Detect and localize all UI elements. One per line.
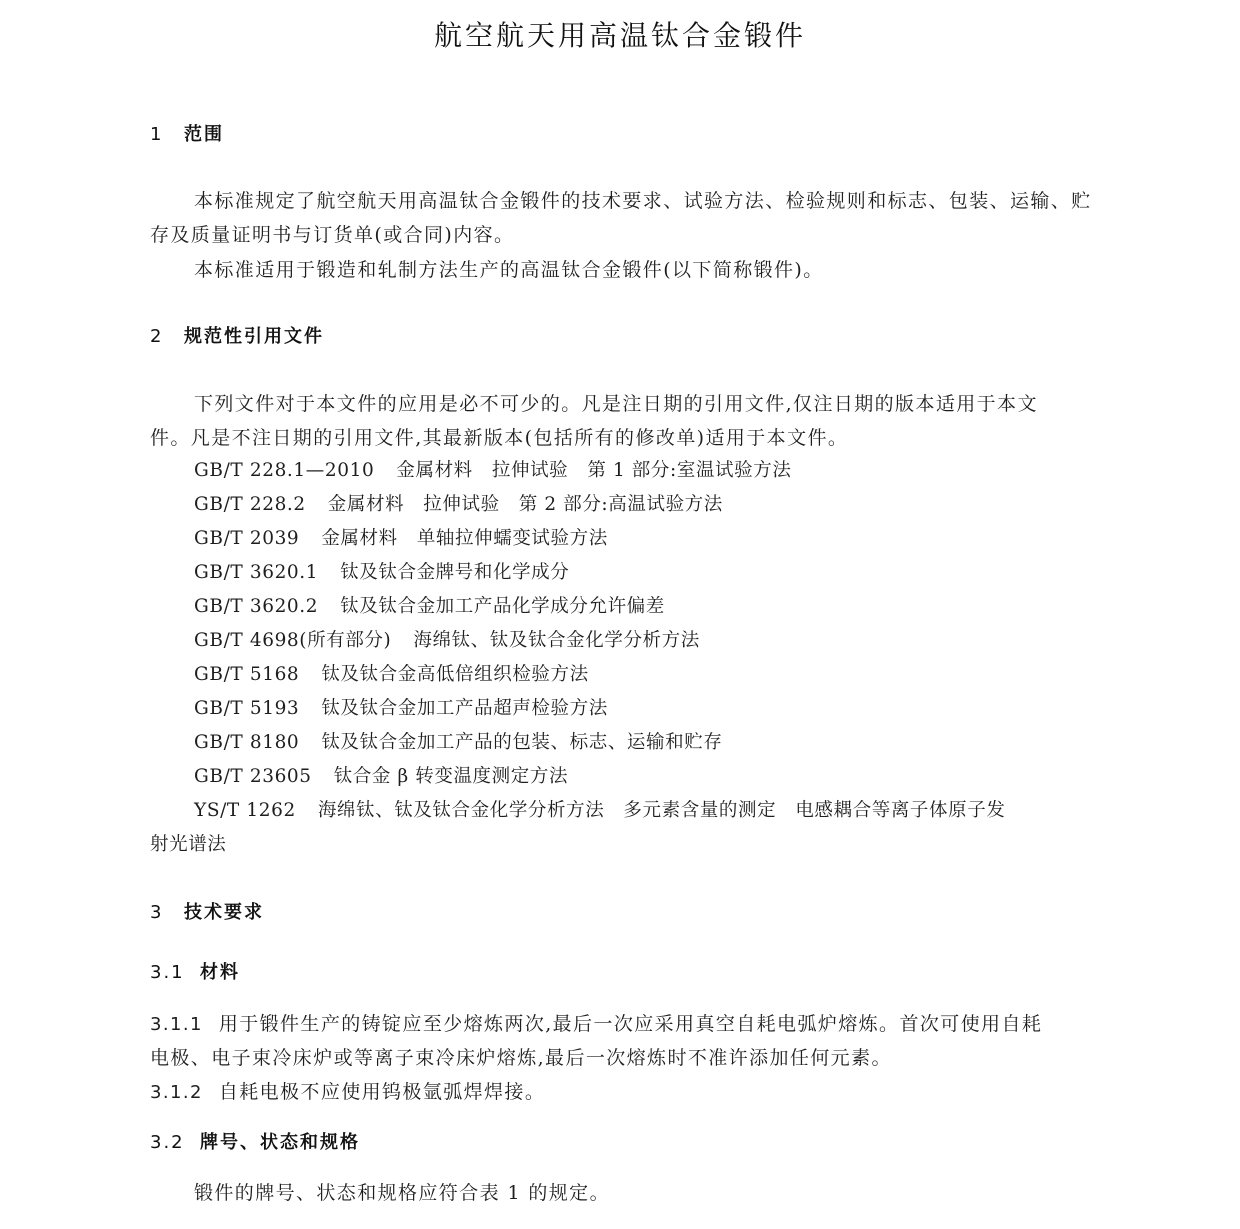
reference-title: 金属材料 拉伸试验 第 2 部分:高温试验方法 — [328, 494, 723, 515]
grade-temper-size-paragraph: 锻件的牌号、状态和规格应符合表 1 的规定。 — [194, 1178, 610, 1205]
references-intro-line-1: 下列文件对于本文件的应用是必不可少的。凡是注日期的引用文件,仅注日期的版本适用于… — [194, 389, 1038, 416]
references-intro-line-2: 件。凡是不注日期的引用文件,其最新版本(包括所有的修改单)适用于本文件。 — [150, 423, 848, 450]
clause-text: 自耗电极不应使用钨极氩弧焊焊接。 — [219, 1081, 545, 1103]
reference-title: 金属材料 拉伸试验 第 1 部分:室温试验方法 — [396, 460, 791, 481]
clause-number: 3.1.1 — [150, 1014, 203, 1035]
document-title: 航空航天用高温钛合金锻件 — [0, 14, 1240, 54]
scope-paragraph-1-line-2: 存及质量证明书与订货单(或合同)内容。 — [150, 220, 514, 247]
reference-item: GB/T 2039金属材料 单轴拉伸蠕变试验方法 — [194, 524, 608, 550]
reference-item: GB/T 228.2金属材料 拉伸试验 第 2 部分:高温试验方法 — [194, 490, 723, 516]
reference-code: GB/T 228.2 — [194, 494, 306, 515]
section-title: 范围 — [184, 124, 224, 145]
section-number: 3 — [150, 902, 184, 923]
reference-item-continuation: 射光谱法 — [150, 830, 226, 856]
reference-title: 钛及钛合金牌号和化学成分 — [340, 562, 569, 583]
reference-code: GB/T 23605 — [194, 766, 312, 787]
reference-item: YS/T 1262海绵钛、钛及钛合金化学分析方法 多元素含量的测定 电感耦合等离… — [194, 796, 1005, 822]
reference-title: 海绵钛、钛及钛合金化学分析方法 多元素含量的测定 电感耦合等离子体原子发 — [318, 800, 1006, 821]
reference-title: 钛及钛合金加工产品超声检验方法 — [321, 698, 608, 719]
reference-title: 钛及钛合金加工产品的包装、标志、运输和贮存 — [321, 732, 722, 753]
scope-paragraph-2: 本标准适用于锻造和轧制方法生产的高温钛合金锻件(以下简称锻件)。 — [194, 255, 824, 282]
reference-code: GB/T 5193 — [194, 698, 299, 719]
reference-title: 钛及钛合金加工产品化学成分允许偏差 — [340, 596, 665, 617]
reference-title: 钛及钛合金高低倍组织检验方法 — [321, 664, 588, 685]
section-title: 技术要求 — [184, 902, 264, 923]
reference-code: GB/T 4698(所有部分) — [194, 626, 391, 652]
clause-3-1-2: 3.1.2自耗电极不应使用钨极氩弧焊焊接。 — [150, 1077, 545, 1104]
subsection-title: 材料 — [200, 962, 240, 983]
reference-item: GB/T 5193钛及钛合金加工产品超声检验方法 — [194, 694, 608, 720]
reference-item: GB/T 228.1—2010金属材料 拉伸试验 第 1 部分:室温试验方法 — [194, 456, 791, 482]
reference-code: GB/T 3620.1 — [194, 562, 318, 583]
reference-item: GB/T 8180钛及钛合金加工产品的包装、标志、运输和贮存 — [194, 728, 722, 754]
reference-code: GB/T 5168 — [194, 664, 299, 685]
reference-title: 海绵钛、钛及钛合金化学分析方法 — [413, 630, 700, 651]
subsection-heading-grade-temper-size: 3.2牌号、状态和规格 — [150, 1128, 360, 1154]
scope-paragraph-1-line-1: 本标准规定了航空航天用高温钛合金锻件的技术要求、试验方法、检验规则和标志、包装、… — [194, 186, 1092, 213]
section-number: 2 — [150, 326, 184, 347]
reference-item: GB/T 23605钛合金 β 转变温度测定方法 — [194, 762, 568, 788]
section-heading-scope: 1范围 — [150, 120, 224, 146]
clause-text: 用于锻件生产的铸锭应至少熔炼两次,最后一次应采用真空自耗电弧炉熔炼。首次可使用自… — [219, 1013, 1042, 1035]
subsection-heading-materials: 3.1材料 — [150, 958, 240, 984]
reference-code: GB/T 3620.2 — [194, 596, 318, 617]
section-title: 规范性引用文件 — [184, 326, 324, 347]
reference-item: GB/T 3620.2钛及钛合金加工产品化学成分允许偏差 — [194, 592, 665, 618]
clause-3-1-1-line-2: 电极、电子束冷床炉或等离子束冷床炉熔炼,最后一次熔炼时不准许添加任何元素。 — [150, 1043, 892, 1070]
reference-code: GB/T 2039 — [194, 528, 299, 549]
clause-number: 3.1.2 — [150, 1082, 203, 1103]
section-heading-normative-references: 2规范性引用文件 — [150, 322, 324, 348]
reference-code: GB/T 8180 — [194, 732, 299, 753]
subsection-number: 3.1 — [150, 962, 200, 983]
reference-title: 金属材料 单轴拉伸蠕变试验方法 — [321, 528, 608, 549]
reference-code: YS/T 1262 — [194, 800, 296, 821]
reference-item: GB/T 4698(所有部分)海绵钛、钛及钛合金化学分析方法 — [194, 626, 700, 652]
subsection-number: 3.2 — [150, 1132, 200, 1153]
reference-item: GB/T 5168钛及钛合金高低倍组织检验方法 — [194, 660, 589, 686]
clause-3-1-1-line-1: 3.1.1用于锻件生产的铸锭应至少熔炼两次,最后一次应采用真空自耗电弧炉熔炼。首… — [150, 1009, 1042, 1036]
subsection-title: 牌号、状态和规格 — [200, 1132, 360, 1153]
reference-title: 钛合金 β 转变温度测定方法 — [334, 766, 568, 787]
section-number: 1 — [150, 124, 184, 145]
reference-code: GB/T 228.1—2010 — [194, 460, 374, 481]
reference-item: GB/T 3620.1钛及钛合金牌号和化学成分 — [194, 558, 569, 584]
section-heading-technical-requirements: 3技术要求 — [150, 898, 264, 924]
